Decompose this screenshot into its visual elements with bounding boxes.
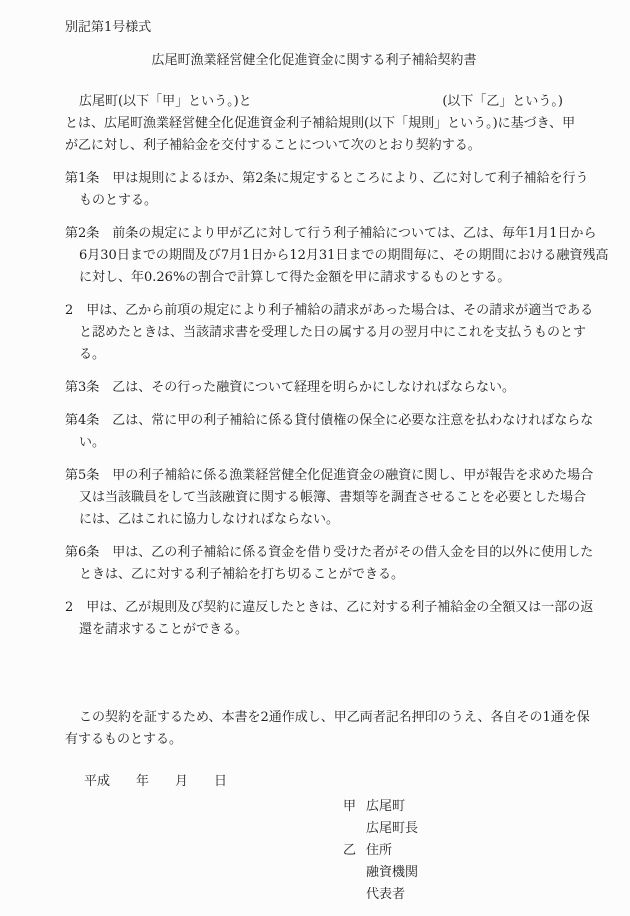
article-line: い。 [65,432,563,454]
article-line: 第3条 乙は、その行った融資について経理を明らかにしなければならない。 [65,377,563,399]
article-2: 第2条 前条の規定により甲が乙に対して行う利子補給については、乙は、毎年1月1日… [65,223,563,289]
era-label: 平成 [84,771,110,793]
article-line: 6月30日までの期間及び7月1日から12月31日までの期間毎に、その期間における… [65,245,563,267]
signature-entry: 住所 [366,840,392,862]
party-b-label-spacer [343,884,356,906]
form-number-label: 別記第1号様式 [65,17,563,39]
document-title: 広尾町漁業経営健全化促進資金に関する利子補給契約書 [65,50,563,72]
party-a-designation: 広尾町(以下「甲」という。)と [79,91,252,113]
article-line: 第5条 甲の利子補給に係る漁業経営健全化促進資金の融資に関し、甲が報告を求めた場… [65,465,563,487]
party-a-label: 甲 [343,796,356,818]
closing-line: この契約を証するため、本書を2通作成し、甲乙両者記名押印のうえ、各自その1通を保 [65,707,563,729]
signature-party-b-row: 代表者 [343,884,563,906]
article-line [65,674,563,696]
signature-party-a-row: 甲 広尾町 [343,796,563,818]
signature-party-a-row: 広尾町長 [343,818,563,840]
article-line: 又は当該職員をして当該融資に関する帳簿、書類等を調査させることを必要とした場合 [65,487,563,509]
article-line: 還を請求することができる。 [65,619,563,641]
party-b-name-blank [252,91,443,113]
signature-entry: 広尾町 [366,796,405,818]
article-7 [65,652,563,696]
article-line: 第6条 甲は、乙の利子補給に係る資金を借り受けた者がその借入金を目的以外に使用し… [65,542,563,564]
contract-document-page: 別記第1号様式 広尾町漁業経営健全化促進資金に関する利子補給契約書 広尾町(以下… [0,0,630,916]
signature-party-b-row: 融資機関 [343,862,563,884]
signature-block: 甲 広尾町 広尾町長 乙 住所 融資機関 代表者 [65,796,563,906]
article-5: 第5条 甲の利子補給に係る漁業経営健全化促進資金の融資に関し、甲が報告を求めた場… [65,465,563,531]
party-b-label-spacer [343,862,356,884]
article-line: 第4条 乙は、常に甲の利子補給に係る貸付債権の保全に必要な注意を払わなければなら… [65,410,563,432]
closing-line: 有するものとする。 [65,729,563,751]
article-line [65,652,563,674]
article-line: ものとする。 [65,190,563,212]
article-line: と認めたときは、当該請求書を受理した日の属する月の翌月中にこれを支払うものとす [65,322,563,344]
month-label: 月 [175,771,188,793]
article-line: ときは、乙に対する利子補給を打ち切ることができる。 [65,564,563,586]
article-line: る。 [65,344,563,366]
article-line: 2 甲は、乙から前項の規定により利子補給の請求があった場合は、その請求が適当であ… [65,300,563,322]
article-1: 第1条 甲は規則によるほか、第2条に規定するところにより、乙に対して利子補給を行… [65,168,563,212]
article-4: 第4条 乙は、常に甲の利子補給に係る貸付債権の保全に必要な注意を払わなければなら… [65,410,563,454]
signature-entry: 代表者 [366,884,405,906]
party-a-label-spacer [343,818,356,840]
article-line: に対し、年0.26%の割合で計算して得た金額を甲に請求するものとする。 [65,267,563,289]
year-label: 年 [136,771,149,793]
date-line: 平成年月日 [65,771,563,793]
article-6-paragraph-2: 2 甲は、乙が規則及び契約に違反したときは、乙に対する利子補給金の全額又は一部の… [65,597,563,641]
article-6: 第6条 甲は、乙の利子補給に係る資金を借り受けた者がその借入金を目的以外に使用し… [65,542,563,586]
article-2-paragraph-2: 2 甲は、乙から前項の規定により利子補給の請求があった場合は、その請求が適当であ… [65,300,563,366]
preamble-line: が乙に対し、利子補給金を交付することについて次のとおり契約する。 [65,135,563,157]
preamble: 広尾町(以下「甲」という。)と (以下「乙」という。) とは、広尾町漁業経営健全… [65,91,563,157]
party-b-label: 乙 [343,840,356,862]
article-line: 第1条 甲は規則によるほか、第2条に規定するところにより、乙に対して利子補給を行… [65,168,563,190]
day-label: 日 [214,771,227,793]
closing-paragraph: この契約を証するため、本書を2通作成し、甲乙両者記名押印のうえ、各自その1通を保… [65,707,563,751]
signature-entry: 融資機関 [366,862,418,884]
article-3: 第3条 乙は、その行った融資について経理を明らかにしなければならない。 [65,377,563,399]
article-line: 2 甲は、乙が規則及び契約に違反したときは、乙に対する利子補給金の全額又は一部の… [65,597,563,619]
preamble-line: 広尾町(以下「甲」という。)と (以下「乙」という。) [65,91,563,113]
preamble-line: とは、広尾町漁業経営健全化促進資金利子補給規則(以下「規則」という。)に基づき、… [65,113,563,135]
signature-entry: 広尾町長 [366,818,418,840]
signature-party-b-row: 乙 住所 [343,840,563,862]
party-b-designation: (以下「乙」という。) [442,91,563,113]
article-line: 第2条 前条の規定により甲が乙に対して行う利子補給については、乙は、毎年1月1日… [65,223,563,245]
article-line: には、乙はこれに協力しなければならない。 [65,509,563,531]
